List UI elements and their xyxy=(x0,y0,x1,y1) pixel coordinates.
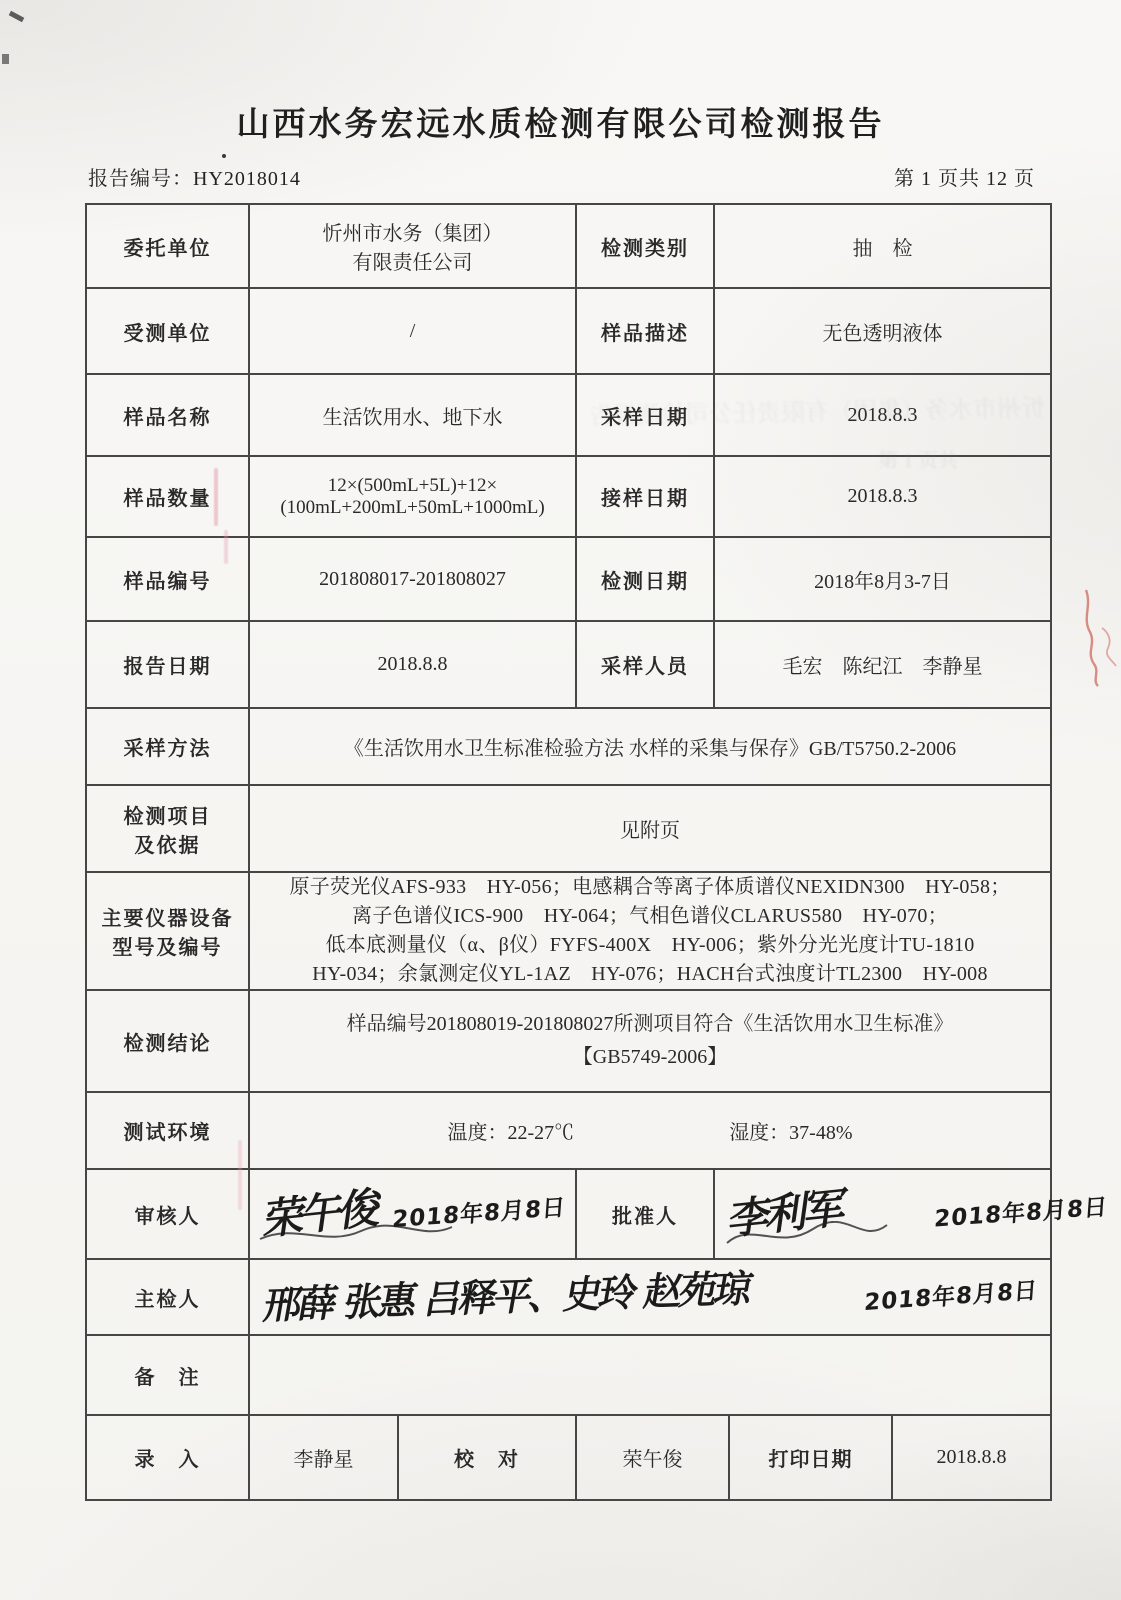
sample-quantity-value: 12×(500mL+5L)+12× (100mL+200mL+50mL+1000… xyxy=(249,456,576,537)
instruments-label: 主要仪器设备 型号及编号 xyxy=(86,872,249,990)
client-value: 忻州市水务（集团） 有限责任公司 xyxy=(249,204,576,288)
proofread-label: 校 对 xyxy=(398,1415,576,1500)
environment-label: 测试环境 xyxy=(86,1092,249,1169)
sample-number-value: 201808017-201808027 xyxy=(249,537,576,621)
scan-speck xyxy=(9,11,25,22)
row-test-items: 检测项目 及依据 见附页 xyxy=(86,785,1051,872)
sampling-personnel-label: 采样人员 xyxy=(576,621,714,708)
page-indicator: 第 1 页共 12 页 xyxy=(894,162,1035,191)
handwritten-signature: 荣午俊 xyxy=(261,1187,380,1242)
handwritten-date: 2018年8月8日 xyxy=(863,1279,1038,1314)
pink-mark-artifact xyxy=(224,530,228,564)
scanned-report-page: 山西水务宏远水质检测有限公司检测报告 报告编号：HY2018014 第 1 页共… xyxy=(0,0,1121,1600)
handwritten-signatures: 邢薛 张惠 吕释平、史玲 赵苑琼 xyxy=(261,1269,753,1324)
row-conclusion: 检测结论 样品编号201808019-201808027所测项目符合《生活饮用水… xyxy=(86,990,1051,1092)
row-tested-unit: 受测单位 / 样品描述 无色透明液体 xyxy=(86,288,1051,374)
row-reviewer: 审核人 荣午俊 2018年8月8日 批准人 李利军 xyxy=(86,1169,1051,1259)
row-client: 委托单位 忻州市水务（集团） 有限责任公司 检测类别 抽 检 xyxy=(86,204,1051,288)
meta-row: 报告编号：HY2018014 第 1 页共 12 页 xyxy=(88,162,1035,191)
row-sample-name: 样品名称 生活饮用水、地下水 采样日期 2018.8.3 xyxy=(86,374,1051,456)
tested-unit-value: / xyxy=(249,288,576,374)
row-chief-inspector: 主检人 邢薛 张惠 吕释平、史玲 赵苑琼 2018年8月8日 xyxy=(86,1259,1051,1335)
print-date-label: 打印日期 xyxy=(729,1415,892,1500)
sample-name-label: 样品名称 xyxy=(86,374,249,456)
row-environment: 测试环境 温度：22-27℃ 湿度：37-48% xyxy=(86,1092,1051,1169)
entry-label: 录 入 xyxy=(86,1415,249,1500)
pink-mark-artifact xyxy=(214,468,218,526)
sample-name-value: 生活饮用水、地下水 xyxy=(249,374,576,456)
chief-inspector-signature-cell: 邢薛 张惠 吕释平、史玲 赵苑琼 2018年8月8日 xyxy=(249,1259,1051,1335)
test-items-label: 检测项目 及依据 xyxy=(86,785,249,872)
ink-dot-artifact xyxy=(222,154,226,158)
pink-mark-artifact xyxy=(238,1140,242,1210)
testing-date-label: 检测日期 xyxy=(576,537,714,621)
sampling-method-value: 《生活饮用水卫生标准检验方法 水样的采集与保存》GB/T5750.2-2006 xyxy=(249,708,1051,785)
print-date-value: 2018.8.8 xyxy=(892,1415,1051,1500)
reviewer-label: 审核人 xyxy=(86,1169,249,1259)
humidity-value: 湿度：37-48% xyxy=(729,1116,852,1145)
row-remarks: 备 注 xyxy=(86,1335,1051,1415)
sampling-method-label: 采样方法 xyxy=(86,708,249,785)
page-title: 山西水务宏远水质检测有限公司检测报告 xyxy=(0,98,1121,145)
environment-value: 温度：22-27℃ 湿度：37-48% xyxy=(249,1092,1051,1169)
temperature-value: 温度：22-27℃ xyxy=(448,1122,575,1144)
proofread-by-value: 荣午俊 xyxy=(576,1415,729,1500)
test-category-label: 检测类别 xyxy=(576,204,714,288)
conclusion-value: 样品编号201808019-201808027所测项目符合《生活饮用水卫生标准》… xyxy=(249,990,1051,1092)
receiving-date-value: 2018.8.3 xyxy=(714,456,1051,537)
report-date-label: 报告日期 xyxy=(86,621,249,708)
report-number: 报告编号：HY2018014 xyxy=(88,162,301,191)
test-category-value: 抽 检 xyxy=(714,204,1051,288)
row-sampling-method: 采样方法 《生活饮用水卫生标准检验方法 水样的采集与保存》GB/T5750.2-… xyxy=(86,708,1051,785)
sampling-personnel-value: 毛宏 陈纪江 李静星 xyxy=(714,621,1051,708)
testing-date-value: 2018年8月3-7日 xyxy=(714,537,1051,621)
approver-label: 批准人 xyxy=(576,1169,714,1259)
remarks-value xyxy=(249,1335,1051,1415)
row-sample-number: 样品编号 201808017-201808027 检测日期 2018年8月3-7… xyxy=(86,537,1051,621)
chief-inspector-label: 主检人 xyxy=(86,1259,249,1335)
receiving-date-label: 接样日期 xyxy=(576,456,714,537)
sampling-date-value: 2018.8.3 xyxy=(714,374,1051,456)
instruments-value: 原子荧光仪AFS-933 HY-056；电感耦合等离子体质谱仪NEXIDN300… xyxy=(249,872,1051,990)
conclusion-label: 检测结论 xyxy=(86,990,249,1092)
sample-description-value: 无色透明液体 xyxy=(714,288,1051,374)
row-report-date: 报告日期 2018.8.8 采样人员 毛宏 陈纪江 李静星 xyxy=(86,621,1051,708)
row-entry: 录 入 李静星 校 对 荣午俊 打印日期 2018.8.8 xyxy=(86,1415,1051,1500)
reviewer-signature-cell: 荣午俊 2018年8月8日 xyxy=(249,1169,576,1259)
handwritten-signature: 李利军 xyxy=(726,1187,845,1242)
report-date-value: 2018.8.8 xyxy=(249,621,576,708)
remarks-label: 备 注 xyxy=(86,1335,249,1415)
scan-speck xyxy=(2,54,9,64)
client-label: 委托单位 xyxy=(86,204,249,288)
sample-description-label: 样品描述 xyxy=(576,288,714,374)
report-table: 委托单位 忻州市水务（集团） 有限责任公司 检测类别 抽 检 受测单位 / 样品… xyxy=(85,203,1052,1501)
entry-by-value: 李静星 xyxy=(249,1415,398,1500)
sample-quantity-label: 样品数量 xyxy=(86,456,249,537)
row-sample-quantity: 样品数量 12×(500mL+5L)+12× (100mL+200mL+50mL… xyxy=(86,456,1051,537)
test-items-value: 见附页 xyxy=(249,785,1051,872)
tested-unit-label: 受测单位 xyxy=(86,288,249,374)
approver-signature-cell: 李利军 2018年8月8日 xyxy=(714,1169,1051,1259)
sampling-date-label: 采样日期 xyxy=(576,374,714,456)
red-pen-mark xyxy=(1076,588,1118,688)
row-instruments: 主要仪器设备 型号及编号 原子荧光仪AFS-933 HY-056；电感耦合等离子… xyxy=(86,872,1051,990)
handwritten-date: 2018年8月8日 xyxy=(391,1196,566,1231)
